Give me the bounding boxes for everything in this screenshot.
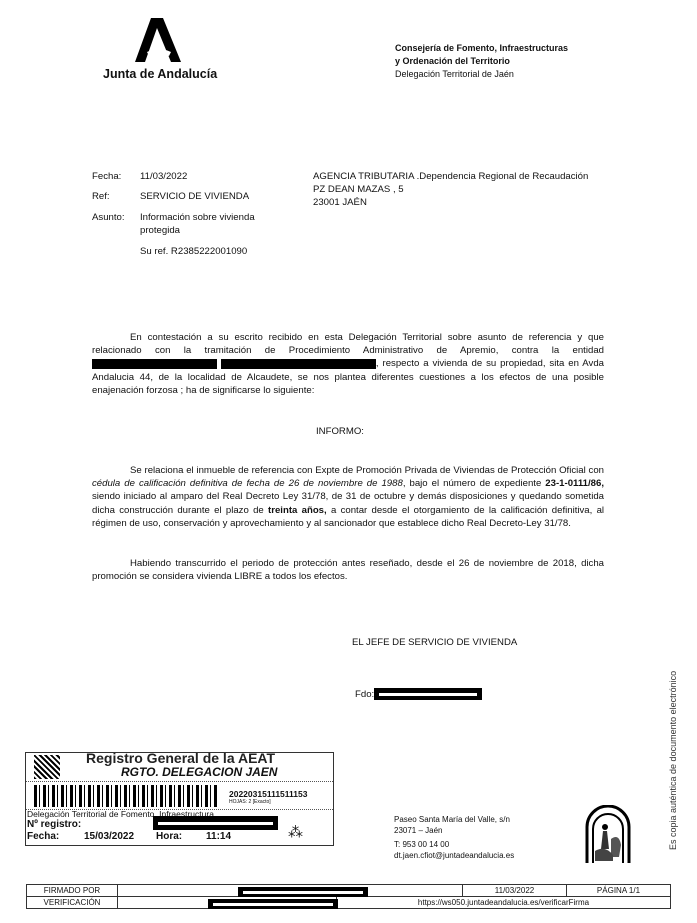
registry-emblem-icon [34, 755, 60, 779]
ref-value: SERVICIO DE VIVIENDA [140, 190, 249, 203]
andalucia-shield-icon [583, 805, 633, 863]
su-ref: Su ref. R2385222001090 [140, 245, 247, 258]
junta-andalucia-logo-icon [133, 18, 185, 62]
verificacion-label: VERIFICACIÓN [27, 897, 118, 909]
footer-address: Paseo Santa María del Valle, s/n 23071 –… [394, 814, 514, 861]
fecha-value: 11/03/2022 [140, 170, 187, 183]
recipient-address: AGENCIA TRIBUTARIA .Dependencia Regional… [313, 170, 588, 209]
department-block: Consejería de Fomento, Infraestructuras … [395, 42, 568, 81]
fdo-label: Fdo: [355, 688, 374, 701]
stamp-fecha-value: 15/03/2022 [84, 831, 134, 842]
recipient-line: PZ DEAN MAZAS , 5 [313, 183, 588, 196]
asunto-label: Asunto: [92, 211, 125, 224]
barcode-number: 20220315111511153 [229, 789, 308, 799]
verification-url[interactable]: https://ws050.juntadeandalucia.es/verifi… [337, 897, 671, 909]
verificacion-code [118, 897, 337, 909]
signature-title: EL JEFE DE SERVICIO DE VIVIENDA [352, 636, 517, 649]
department-line: Delegación Territorial de Jaén [395, 68, 568, 81]
redaction [374, 688, 482, 700]
department-line: y Ordenación del Territorio [395, 55, 568, 68]
redaction [92, 359, 217, 369]
stamp-seal-icon: ⁂ [288, 823, 303, 841]
paragraph-1: En contestación a su escrito recibido en… [92, 331, 604, 397]
recipient-line: 23001 JAÉN [313, 196, 588, 209]
informo-heading: INFORMO: [316, 425, 364, 438]
barcode [34, 785, 219, 807]
signature-verification-table: FIRMADO POR 11/03/2022 PÁGINA 1/1 VERIFI… [26, 884, 671, 909]
authenticity-note: Es copia auténtica de documento electrón… [668, 671, 678, 850]
registry-stamp: Registro General de la AEAT RGTO. DELEGA… [25, 752, 334, 846]
ref-label: Ref: [92, 190, 110, 203]
stamp-hora-value: 11:14 [206, 831, 231, 842]
firmado-label: FIRMADO POR [27, 885, 118, 897]
fecha-label: Fecha: [92, 170, 121, 183]
stamp-line2: RGTO. DELEGACION JAEN [121, 765, 277, 779]
firmado-value [118, 885, 463, 897]
page-number: PÁGINA 1/1 [567, 885, 671, 897]
recipient-line: AGENCIA TRIBUTARIA .Dependencia Regional… [313, 170, 588, 183]
registro-label: Nº registro: [27, 819, 81, 830]
department-line: Consejería de Fomento, Infraestructuras [395, 42, 568, 55]
hojas-count: HOJAS: 2 [Exacto] [229, 799, 271, 805]
paragraph-3: Habiendo transcurrido el periodo de prot… [92, 557, 604, 583]
organization-name: Junta de Andalucía [103, 67, 217, 81]
stamp-fecha-label: Fecha: [27, 831, 59, 842]
asunto-value: Información sobre vivienda [140, 211, 255, 224]
redaction [221, 359, 376, 369]
redaction [153, 816, 278, 830]
signature-date: 11/03/2022 [463, 885, 567, 897]
asunto-value-cont: protegida [140, 224, 180, 237]
paragraph-2: Se relaciona el inmueble de referencia c… [92, 464, 604, 530]
stamp-line1: Registro General de la AEAT [86, 750, 275, 766]
stamp-hora-label: Hora: [156, 831, 182, 842]
